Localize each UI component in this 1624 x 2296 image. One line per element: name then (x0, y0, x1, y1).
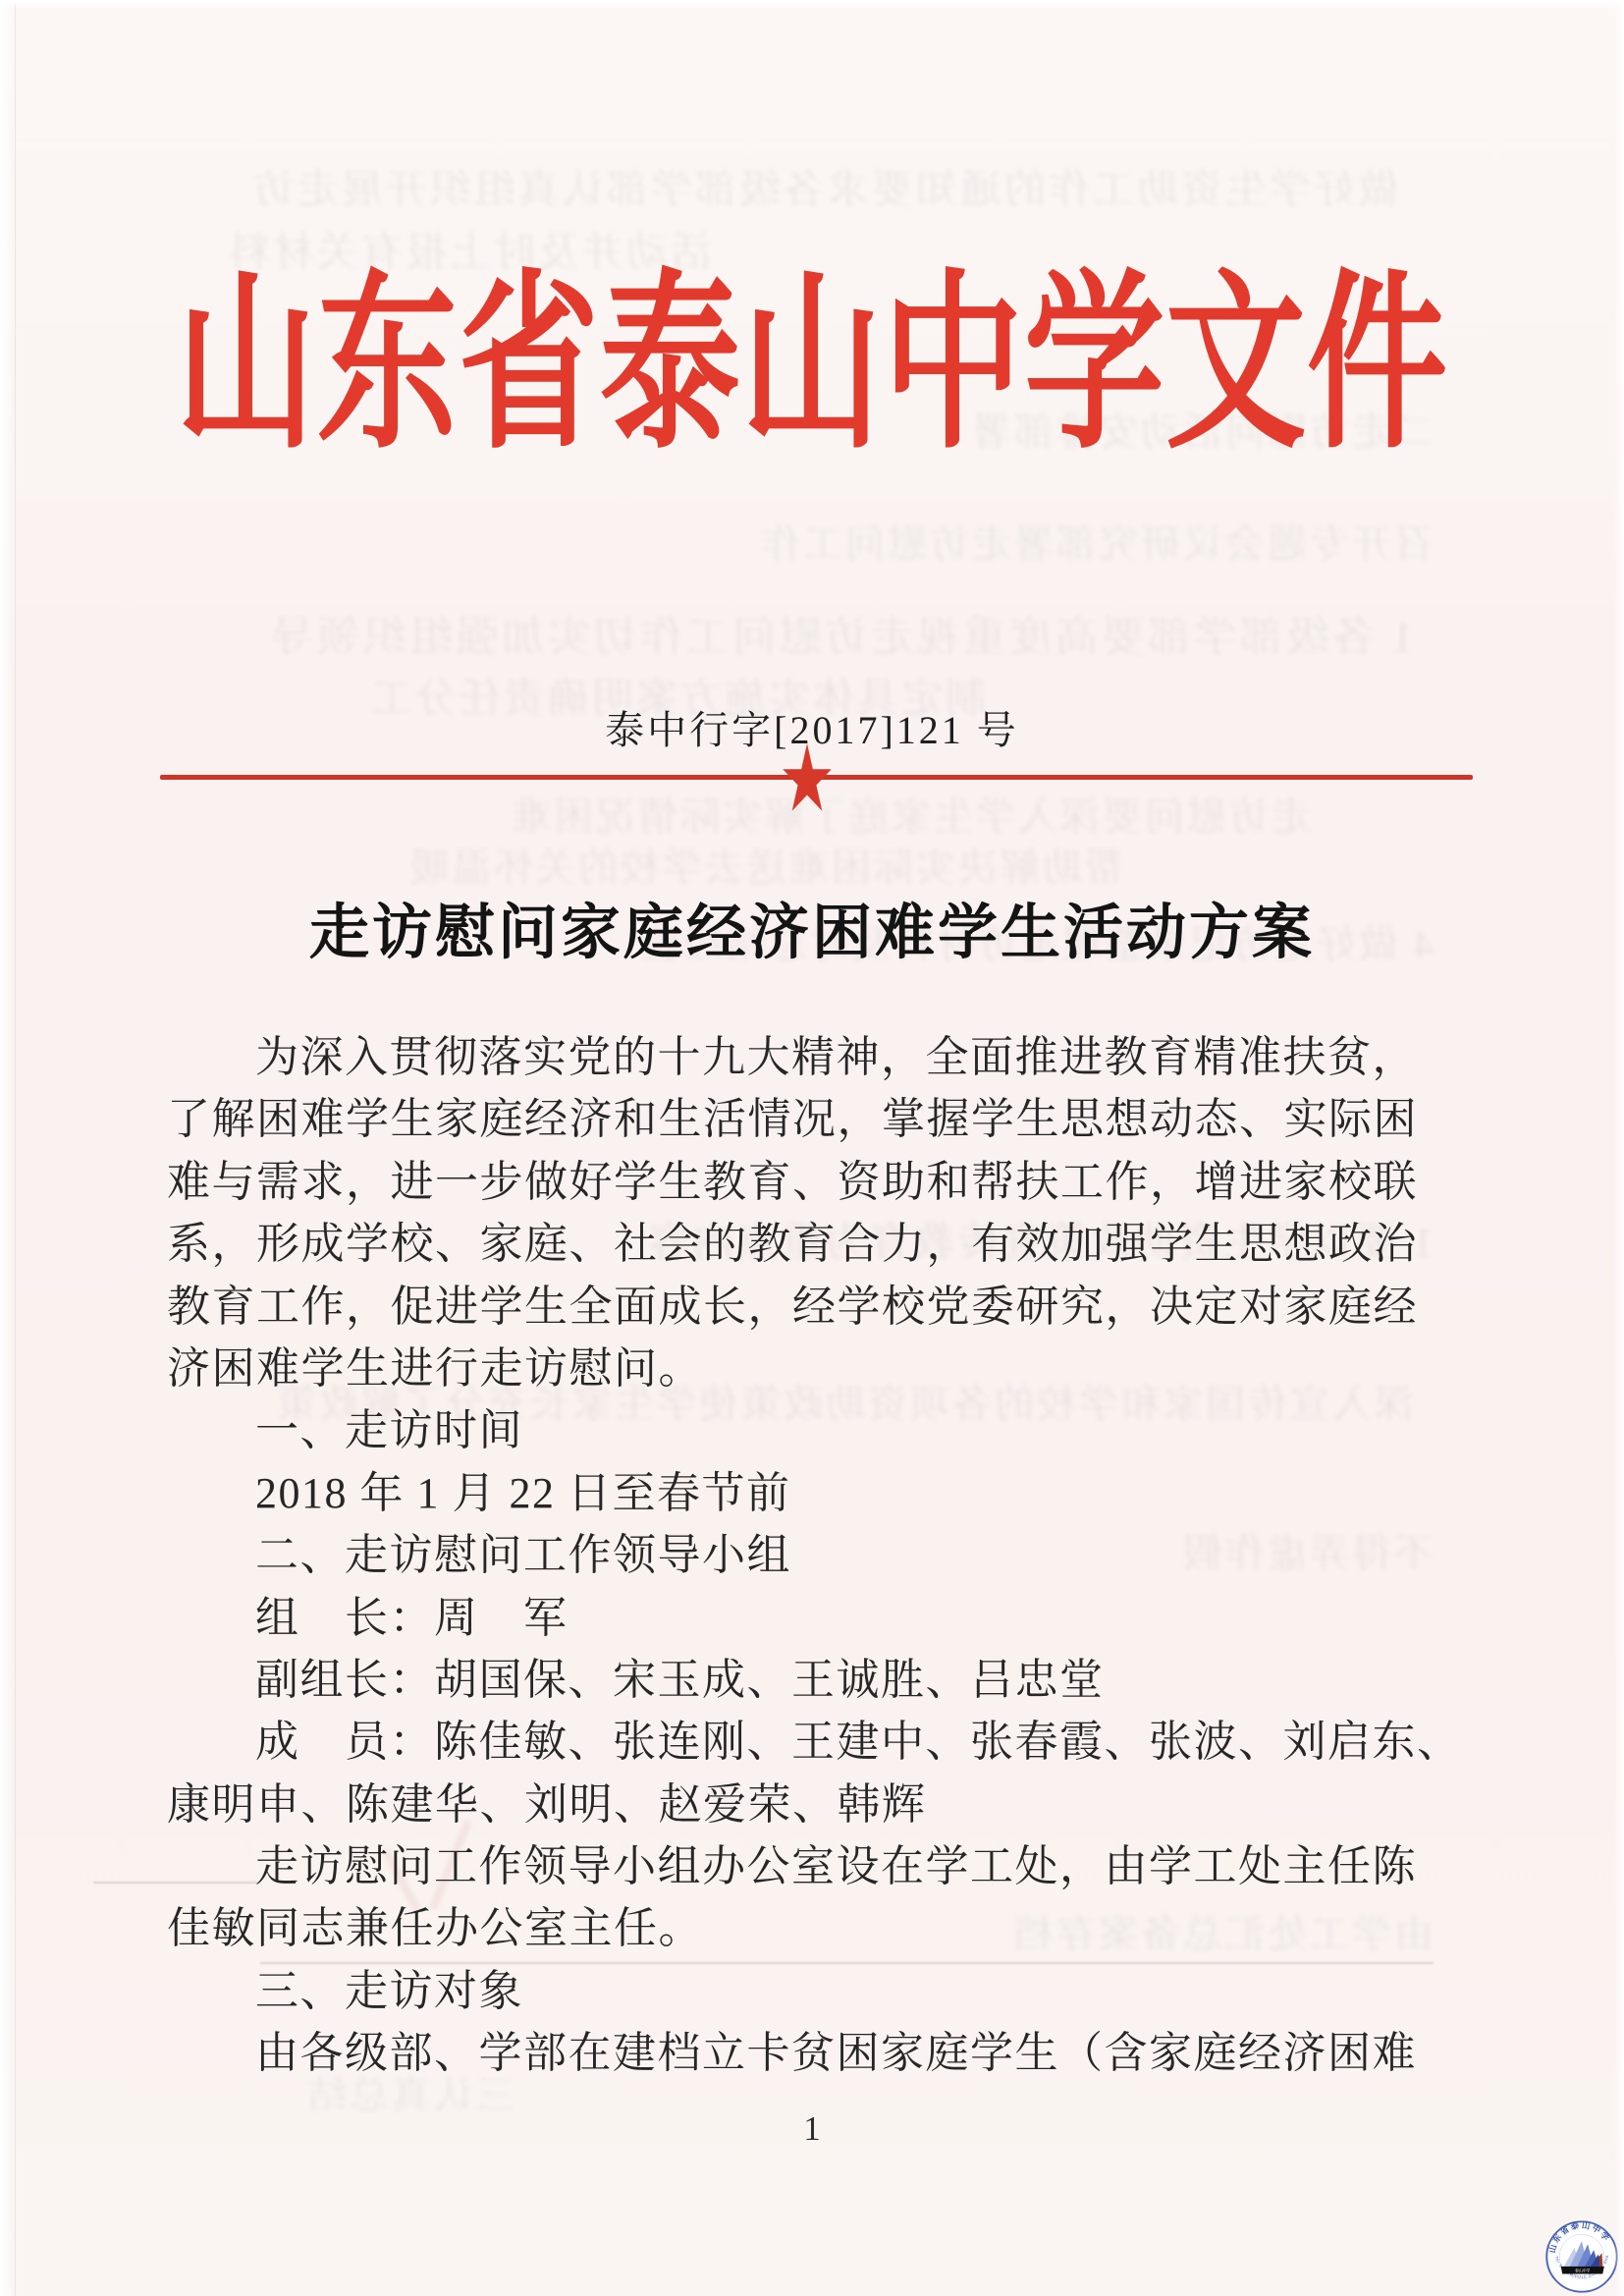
document-text-line: 二、走访慰问工作领导小组 (167, 1524, 1467, 1586)
document-text-line: 由各级部、学部在建档立卡贫困家庭学生（含家庭经济困难 (167, 2022, 1467, 2084)
document-text-line: 走访慰问工作领导小组办公室设在学工处，由学工处主任陈 (167, 1835, 1467, 1897)
red-star-icon (782, 743, 833, 818)
document-body: 为深入贯彻落实党的十九大精神，全面推进教育精准扶贫，了解困难学生家庭经济和生活情… (167, 1026, 1467, 2085)
scan-edge-right (1614, 0, 1624, 2296)
document-text-line: 济困难学生进行走访慰问。 (167, 1338, 1467, 1399)
document-text-line: 副组长：胡国保、宋玉成、王诚胜、吕忠堂 (167, 1649, 1467, 1711)
document-text-line: 了解困难学生家庭经济和生活情况，掌握学生思想动态、实际困 (167, 1088, 1467, 1150)
bleed-through-text: 召开专题会议研究部署走访慰问工作 (579, 513, 1434, 569)
scan-edge-left (0, 0, 16, 2296)
document-title: 走访慰问家庭经济困难学生活动方案 (0, 885, 1624, 970)
document-text-line: 2018 年 1 月 22 日至春节前 (167, 1462, 1467, 1524)
seal-base-label: 泰山中学 (1575, 2269, 1590, 2273)
document-text-line: 难与需求，进一步做好学生教育、资助和帮扶工作，增进家校联 (167, 1151, 1467, 1213)
page-number: 1 (0, 2109, 1624, 2149)
document-text-line: 三、走访对象 (167, 1960, 1467, 2022)
document-text-line: 组 长：周 军 (167, 1587, 1467, 1649)
document-text-line: 为深入贯彻落实党的十九大精神，全面推进教育精准扶贫， (167, 1026, 1467, 1088)
letterhead-title: 山东省泰山中学文件 (0, 265, 1624, 465)
document-text-line: 佳敏同志兼任办公室主任。 (167, 1897, 1467, 1959)
document-text-line: 系，形成学校、家庭、社会的教育合力，有效加强学生思想政治 (167, 1213, 1467, 1275)
bleed-through-text: 1 各级部学部要高度重视走访慰问工作切实加强组织领导 (221, 601, 1414, 664)
school-seal-logo: 山东省泰山中学 TAI SHAN MIDDLE SCHOOL SHANDONG … (1544, 2219, 1619, 2294)
document-text-line: 一、走访时间 (167, 1399, 1467, 1461)
document-text-line: 成 员：陈佳敏、张连刚、王建中、张春霞、张波、刘启东、 (167, 1711, 1467, 1773)
document-text-line: 康明申、陈建华、刘明、赵爱荣、韩辉 (167, 1774, 1467, 1835)
bleed-through-text: 做好学生资助工作的通知要求各级部学部认真组织开展走访 (221, 157, 1399, 216)
scan-edge-top (0, 0, 1624, 10)
scanned-document-page: 做好学生资助工作的通知要求各级部学部认真组织开展走访活动并及时上报有关材料二走访… (0, 0, 1624, 2296)
document-text-line: 教育工作，促进学生全面成长，经学校党委研究，决定对家庭经 (167, 1276, 1467, 1338)
